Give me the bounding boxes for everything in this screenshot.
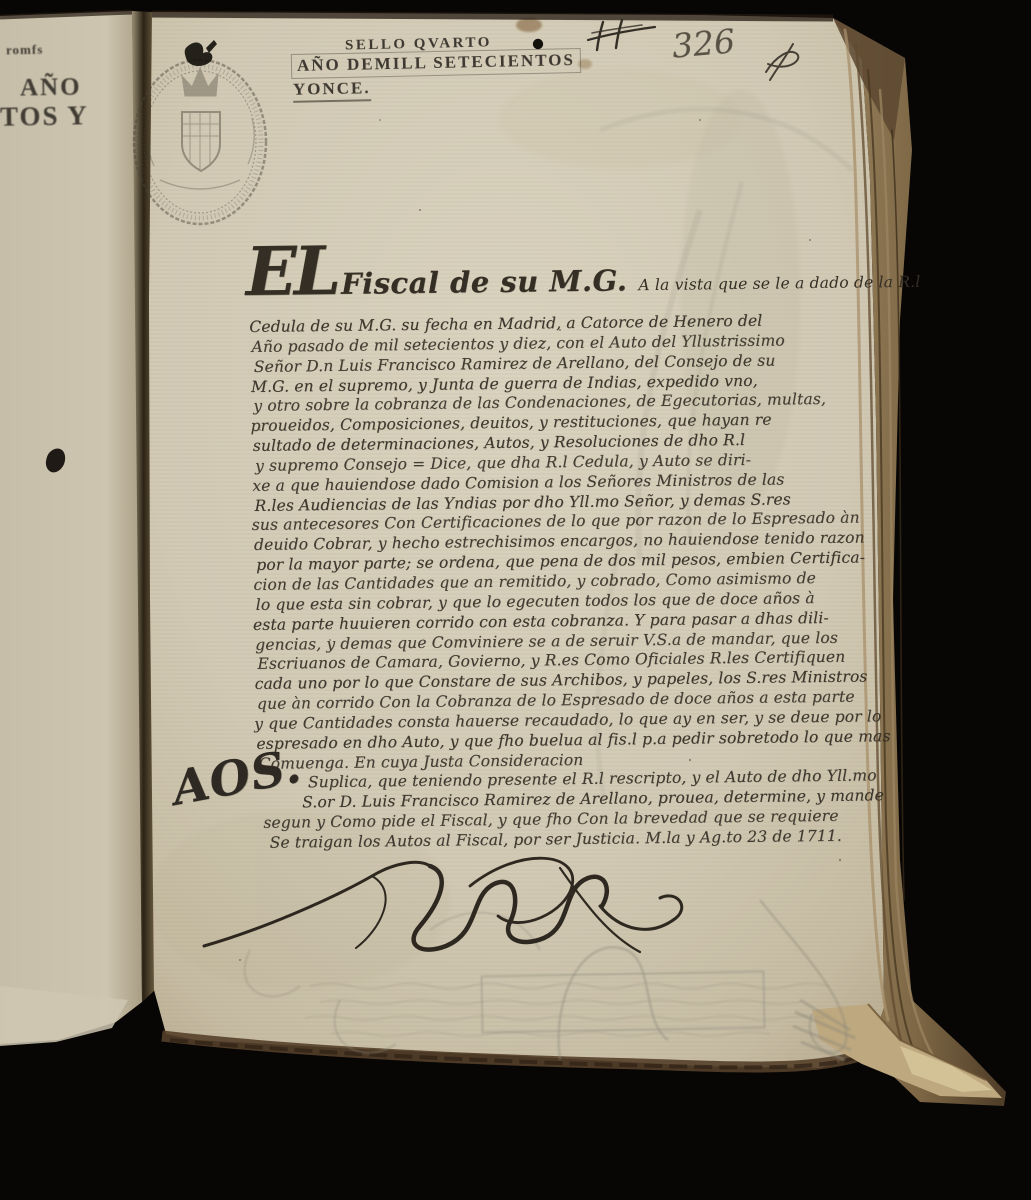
manuscript-photo: SELLO QVARTO AÑO DEMILL SETECIENTOS YONC… bbox=[0, 0, 1031, 1200]
signature-rubric-icon bbox=[0, 0, 1031, 1200]
ink-blot-left-page bbox=[46, 449, 65, 473]
